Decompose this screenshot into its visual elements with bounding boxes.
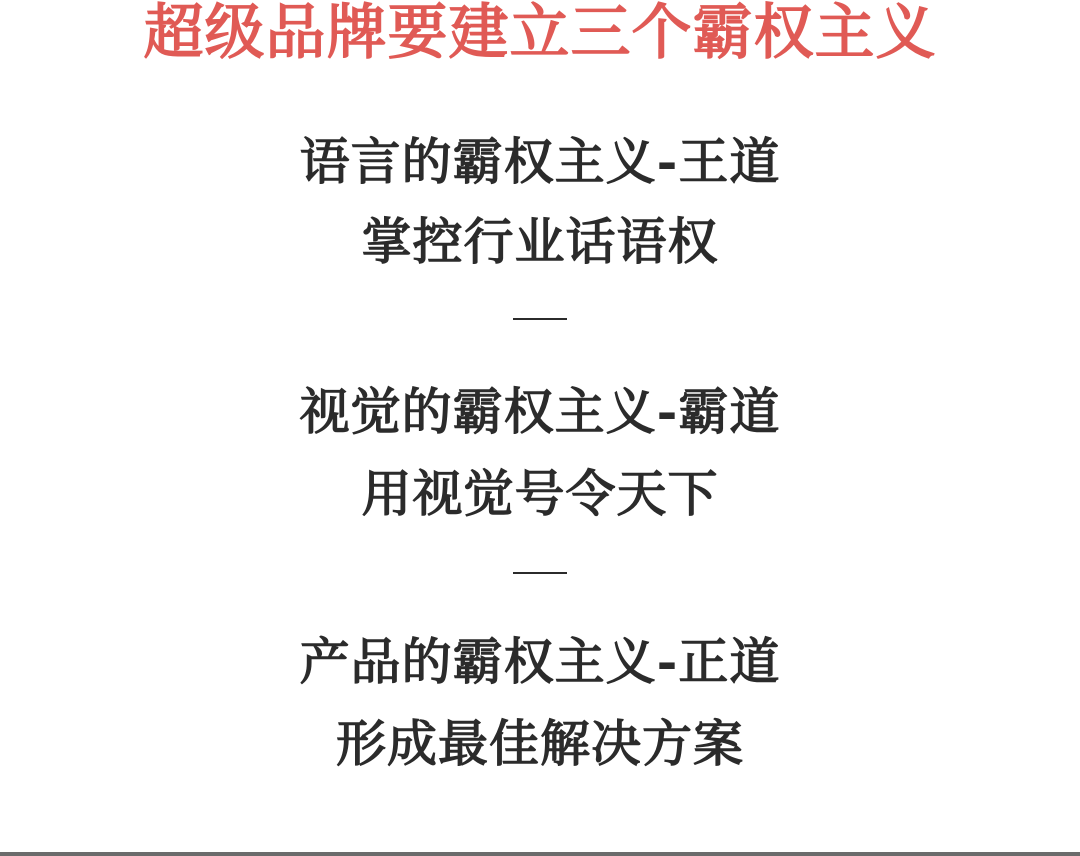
divider-2 (513, 572, 567, 574)
section-1-subheading: 掌控行业话语权 (0, 212, 1080, 272)
section-3-heading: 产品的霸权主义-正道 (0, 632, 1080, 692)
page-title: 超级品牌要建立三个霸权主义 (0, 0, 1080, 66)
section-1-heading: 语言的霸权主义-王道 (0, 132, 1080, 192)
section-2-subheading: 用视觉号令天下 (0, 464, 1080, 524)
section-3-subheading: 形成最佳解决方案 (0, 714, 1080, 774)
bottom-border (0, 852, 1080, 856)
section-2-heading: 视觉的霸权主义-霸道 (0, 382, 1080, 442)
divider-1 (513, 318, 567, 320)
